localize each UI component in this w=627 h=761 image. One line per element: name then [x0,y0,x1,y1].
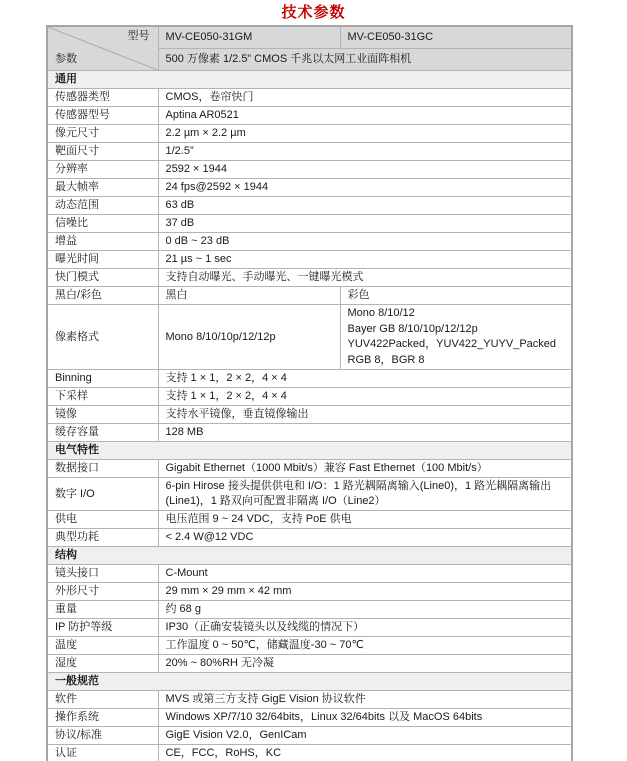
corner-param-label: 参数 [55,52,77,67]
value-line: Mono 8/10/12 [348,306,565,322]
page-title: 技术参数 [0,0,627,25]
row-value: < 2.4 W@12 VDC [158,529,572,547]
row-label: 湿度 [47,655,158,673]
row-value: 128 MB [158,424,572,442]
row-label: Binning [47,370,158,388]
table-row: 认证CE，FCC，RoHS，KC [47,745,572,761]
row-value: 63 dB [158,197,572,215]
row-label: 软件 [47,691,158,709]
row-value: 37 dB [158,215,572,233]
table-row: Binning支持 1 × 1，2 × 2，4 × 4 [47,370,572,388]
corner-cell: 型号 参数 [47,26,158,71]
row-label: 信噪比 [47,215,158,233]
row-label: 操作系统 [47,709,158,727]
table-row: 温度工作温度 0 ~ 50℃，储藏温度-30 ~ 70℃ [47,637,572,655]
row-label: 典型功耗 [47,529,158,547]
row-label: 传感器类型 [47,89,158,107]
table-row: 下采样支持 1 × 1，2 × 2，4 × 4 [47,388,572,406]
row-value: CE，FCC，RoHS，KC [158,745,572,761]
row-value: 1/2.5” [158,143,572,161]
table-row: 像元尺寸2.2 µm × 2.2 µm [47,125,572,143]
row-label: 下采样 [47,388,158,406]
section-label: 电气特性 [47,442,572,460]
table-row: 传感器类型CMOS，卷帘快门 [47,89,572,107]
row-value: 约 68 g [158,601,572,619]
row-label: 镜头接口 [47,565,158,583]
row-label: 重量 [47,601,158,619]
row-value-color: 彩色 [340,287,572,305]
section-row: 结构 [47,547,572,565]
value-line: YUV422Packed，YUV422_YUYV_Packed [348,337,565,353]
row-label: 温度 [47,637,158,655]
row-value-mono: Mono 8/10/10p/12/12p [158,305,340,370]
table-row: 增益0 dB ~ 23 dB [47,233,572,251]
table-row: 数据接口Gigabit Ethernet（1000 Mbit/s）兼容 Fast… [47,460,572,478]
table-row: 协议/标准GigE Vision V2.0，GenICam [47,727,572,745]
row-value: 支持自动曝光、手动曝光、一键曝光模式 [158,269,572,287]
row-label: 镜像 [47,406,158,424]
table-row: 分辨率2592 × 1944 [47,161,572,179]
row-value: 24 fps@2592 × 1944 [158,179,572,197]
row-value: 21 µs ~ 1 sec [158,251,572,269]
section-label: 结构 [47,547,572,565]
table-row: 动态范围63 dB [47,197,572,215]
row-label: 缓存容量 [47,424,158,442]
table-row: 镜头接口C-Mount [47,565,572,583]
value-line: Bayer GB 8/10/10p/12/12p [348,322,565,338]
table-row: 最大帧率24 fps@2592 × 1944 [47,179,572,197]
row-label: IP 防护等级 [47,619,158,637]
row-value: 29 mm × 29 mm × 42 mm [158,583,572,601]
row-value: 电压范围 9 ~ 24 VDC，支持 PoE 供电 [158,511,572,529]
table-row: 像素格式Mono 8/10/10p/12/12pMono 8/10/12Baye… [47,305,572,370]
row-value: 20% ~ 80%RH 无冷凝 [158,655,572,673]
row-label: 供电 [47,511,158,529]
table-row: 软件MVS 或第三方支持 GigE Vision 协议软件 [47,691,572,709]
table-row: 湿度20% ~ 80%RH 无冷凝 [47,655,572,673]
row-value: 支持 1 × 1，2 × 2，4 × 4 [158,370,572,388]
row-value: IP30（正确安装镜头以及线缆的情况下） [158,619,572,637]
table-row: 曝光时间21 µs ~ 1 sec [47,251,572,269]
table-row: 靶面尺寸1/2.5” [47,143,572,161]
row-value: 2592 × 1944 [158,161,572,179]
row-value: GigE Vision V2.0，GenICam [158,727,572,745]
row-label: 曝光时间 [47,251,158,269]
row-label: 快门模式 [47,269,158,287]
table-row: 传感器型号Aptina AR0521 [47,107,572,125]
corner-box: 型号 参数 [48,27,158,70]
table-row: 镜像支持水平镜像，垂直镜像输出 [47,406,572,424]
row-value-mono: 黑白 [158,287,340,305]
row-label: 像元尺寸 [47,125,158,143]
table-row: 缓存容量128 MB [47,424,572,442]
section-label: 通用 [47,71,572,89]
row-value: C-Mount [158,565,572,583]
row-label: 最大帧率 [47,179,158,197]
table-row: 外形尺寸29 mm × 29 mm × 42 mm [47,583,572,601]
table-row: 黑白/彩色黑白彩色 [47,287,572,305]
section-row: 一般规范 [47,673,572,691]
section-label: 一般规范 [47,673,572,691]
row-label: 黑白/彩色 [47,287,158,305]
row-value: 2.2 µm × 2.2 µm [158,125,572,143]
row-value-color: Mono 8/10/12Bayer GB 8/10/10p/12/12pYUV4… [340,305,572,370]
row-value: 0 dB ~ 23 dB [158,233,572,251]
camera-description: 500 万像素 1/2.5” CMOS 千兆以太网工业面阵相机 [158,49,572,71]
row-value: 6-pin Hirose 接头提供供电和 I/O：1 路光耦隔离输入(Line0… [158,478,572,511]
row-label: 数字 I/O [47,478,158,511]
table-row: 信噪比37 dB [47,215,572,233]
table-row: 供电电压范围 9 ~ 24 VDC，支持 PoE 供电 [47,511,572,529]
section-row: 通用 [47,71,572,89]
row-label: 传感器型号 [47,107,158,125]
row-label: 协议/标准 [47,727,158,745]
row-label: 动态范围 [47,197,158,215]
table-row: 快门模式支持自动曝光、手动曝光、一键曝光模式 [47,269,572,287]
row-label: 外形尺寸 [47,583,158,601]
row-value: 支持水平镜像，垂直镜像输出 [158,406,572,424]
header-model-row: 型号 参数 MV-CE050-31GM MV-CE050-31GC [47,26,572,49]
row-value: 支持 1 × 1，2 × 2，4 × 4 [158,388,572,406]
row-label: 像素格式 [47,305,158,370]
table-row: 操作系统Windows XP/7/10 32/64bits，Linux 32/6… [47,709,572,727]
row-value: CMOS，卷帘快门 [158,89,572,107]
model-name-gc: MV-CE050-31GC [340,26,572,49]
value-line: RGB 8，BGR 8 [348,353,565,369]
row-label: 增益 [47,233,158,251]
row-label: 认证 [47,745,158,761]
table-row: 数字 I/O6-pin Hirose 接头提供供电和 I/O：1 路光耦隔离输入… [47,478,572,511]
spec-table: 型号 参数 MV-CE050-31GM MV-CE050-31GC 500 万像… [46,25,573,761]
corner-model-label: 型号 [128,29,150,44]
row-value: Windows XP/7/10 32/64bits，Linux 32/64bit… [158,709,572,727]
row-label: 靶面尺寸 [47,143,158,161]
row-label: 数据接口 [47,460,158,478]
table-row: IP 防护等级IP30（正确安装镜头以及线缆的情况下） [47,619,572,637]
row-value: 工作温度 0 ~ 50℃，储藏温度-30 ~ 70℃ [158,637,572,655]
table-row: 典型功耗< 2.4 W@12 VDC [47,529,572,547]
row-value: Aptina AR0521 [158,107,572,125]
table-row: 重量约 68 g [47,601,572,619]
row-label: 分辨率 [47,161,158,179]
row-value: Gigabit Ethernet（1000 Mbit/s）兼容 Fast Eth… [158,460,572,478]
model-name-gm: MV-CE050-31GM [158,26,340,49]
row-value: MVS 或第三方支持 GigE Vision 协议软件 [158,691,572,709]
section-row: 电气特性 [47,442,572,460]
